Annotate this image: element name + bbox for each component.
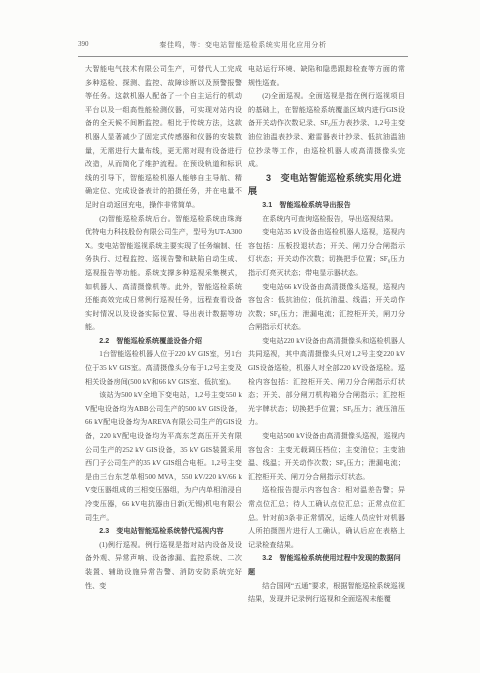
paragraph: 变电站66 kV设备由高清摄像头巡视，巡视内容包含：低抗油位；低抗油温、线温；开… bbox=[248, 281, 405, 335]
paragraph: 变电站35 kV设备由巡检机器人巡视，巡视内容包括：压板投退状态；开关、闸刀分合… bbox=[248, 226, 405, 280]
section-heading-2-2: 2.2 智能巡检系统覆盖设备介绍 bbox=[85, 335, 242, 349]
paragraph: 1台智能巡检机器人位于220 kV GIS室，另1台位于35 kV GIS室。高… bbox=[85, 348, 242, 389]
paragraph: 变电站220 kV设备由高清摄像头和巡检机器人共同巡视，其中高清摄像头只对1,2… bbox=[248, 335, 405, 430]
paragraph: 巡检报告提示内容包含：相对温差告警；异常点位汇总；待人工确认点位汇总；正常点位汇… bbox=[248, 484, 405, 552]
page-header: 390 秦佳鸣，等：变电站智能巡检系统实用化应用分析 bbox=[78, 40, 408, 52]
section-heading-3-1: 3.1 智能巡检系统导出报告 bbox=[248, 199, 405, 213]
paragraph: 结合国网“五通”要求，根据智能巡检系统巡视结果，发现并记录例行巡视和全面巡视未能… bbox=[248, 580, 405, 607]
section-heading-3-2: 3.2 智能巡检系统使用过程中发现的数据问题 bbox=[248, 552, 405, 579]
section-heading-3: 3 变电站智能巡检系统实用化进展 bbox=[248, 172, 405, 199]
running-title: 秦佳鸣，等：变电站智能巡检系统实用化应用分析 bbox=[78, 40, 408, 50]
left-column: 大智能电气技术有限公司生产，可替代人工完成多种巡检、探测、监控、故障诊断以及预警… bbox=[85, 63, 242, 593]
paragraph: 在系统内可查询巡检报告，导出巡视结果。 bbox=[248, 213, 405, 227]
paragraph: 变电站500 kV设备由高清摄像头巡视，巡视内容包含：主变无载调压档位；主变油位… bbox=[248, 430, 405, 484]
paragraph: 电站运行环境、缺陷和隐患跟踪检查等方面的常规性巡查。 bbox=[248, 63, 405, 90]
document-page: 390 秦佳鸣，等：变电站智能巡检系统实用化应用分析 大智能电气技术有限公司生产… bbox=[0, 0, 480, 673]
section-heading-2-3: 2.3 变电站智能巡检系统替代巡视内容 bbox=[85, 525, 242, 539]
paragraph: 该站为500 kV全地下变电站，1,2号主变550 kV配电设备均为ABB公司生… bbox=[85, 389, 242, 525]
paragraph: 大智能电气技术有限公司生产，可替代人工完成多种巡检、探测、监控、故障诊断以及预警… bbox=[85, 63, 242, 213]
right-column: 电站运行环境、缺陷和隐患跟踪检查等方面的常规性巡查。 (2)全面巡视。全面巡视是… bbox=[248, 63, 405, 607]
paragraph: (1)例行巡视。例行巡视是指对站内设备及设备外观、异常声响、设备渗漏、监控系统、… bbox=[85, 539, 242, 593]
header-rule bbox=[78, 56, 408, 57]
paragraph: (2)智能巡检系统后台。智能巡检系统由珠海优特电力科技股份有限公司生产，型号为U… bbox=[85, 213, 242, 335]
paragraph: (2)全面巡视。全面巡视是指在例行巡视项目的基础上，在智能巡检系统覆盖区域内进行… bbox=[248, 90, 405, 172]
